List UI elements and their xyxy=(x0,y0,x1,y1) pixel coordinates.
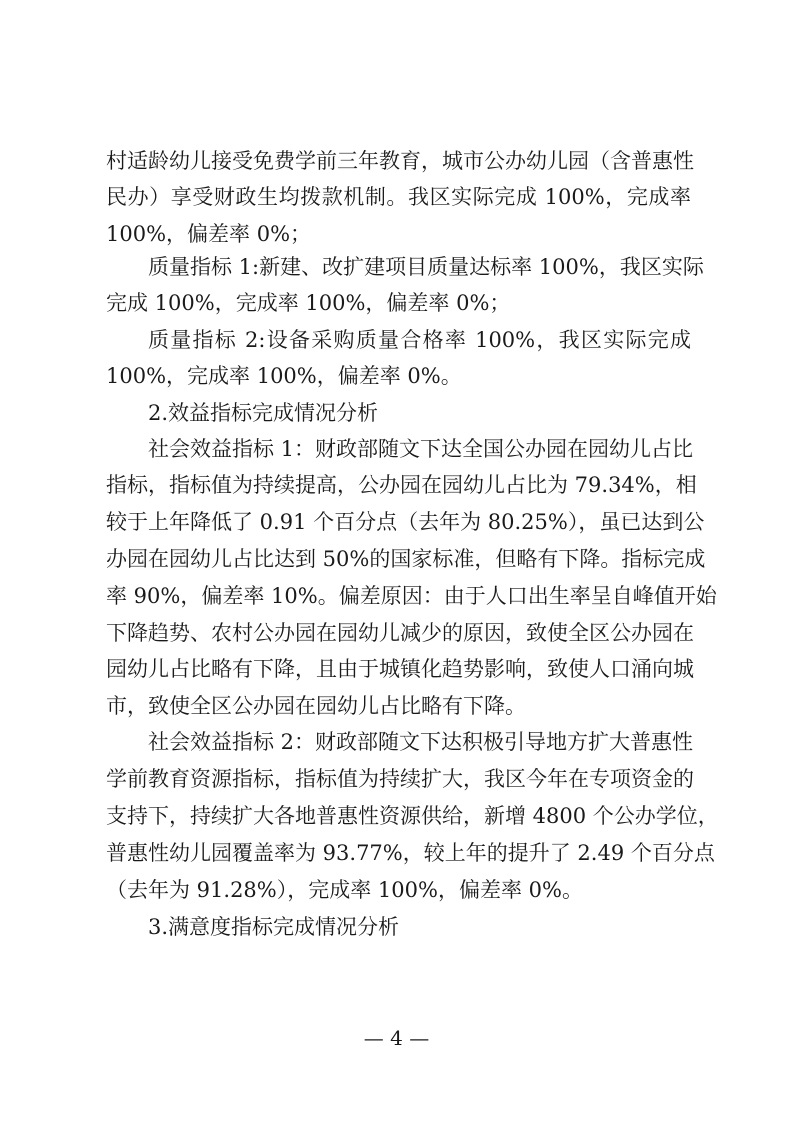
text-line: 下降趋势、农村公办园在园幼儿减少的原因，致使全区公办园在 xyxy=(106,618,691,648)
text-line: 指标，指标值为持续提高，公办园在园幼儿占比为 79.34%，相 xyxy=(106,470,691,500)
document-page: 村适龄幼儿接受免费学前三年教育，城市公办幼儿园（含普惠性 民办）享受财政生均拨款… xyxy=(0,0,793,1121)
text-line: 民办）享受财政生均拨款机制。我区实际完成 100%，完成率 xyxy=(106,182,691,212)
text-line: 社会效益指标 1：财政部随文下达全国公办园在园幼儿占比 xyxy=(148,434,691,464)
text-line: 较于上年降低了 0.91 个百分点（去年为 80.25%），虽已达到公 xyxy=(106,507,691,537)
section-heading: 2.效益指标完成情况分析 xyxy=(148,398,691,428)
text-line: 园幼儿占比略有下降，且由于城镇化趋势影响，致使人口涌向城 xyxy=(106,654,691,684)
text-line: 100%，偏差率 0%； xyxy=(106,219,691,249)
text-line: 村适龄幼儿接受免费学前三年教育，城市公办幼儿园（含普惠性 xyxy=(106,146,691,176)
text-line: 社会效益指标 2：财政部随文下达积极引导地方扩大普惠性 xyxy=(148,727,691,757)
text-line: 支持下，持续扩大各地普惠性资源供给，新增 4800 个公办学位， xyxy=(106,801,691,831)
text-line: （去年为 91.28%），完成率 100%，偏差率 0%。 xyxy=(106,875,691,905)
page-number: — 4 — xyxy=(0,1023,793,1053)
text-line: 市，致使全区公办园在园幼儿占比略有下降。 xyxy=(106,691,691,721)
text-line: 学前教育资源指标，指标值为持续扩大，我区今年在专项资金的 xyxy=(106,764,691,794)
text-line: 普惠性幼儿园覆盖率为 93.77%，较上年的提升了 2.49 个百分点 xyxy=(106,838,691,868)
text-line: 完成 100%，完成率 100%，偏差率 0%； xyxy=(106,288,691,318)
section-heading: 3.满意度指标完成情况分析 xyxy=(148,912,691,942)
text-line: 100%，完成率 100%，偏差率 0%。 xyxy=(106,361,691,391)
text-line: 质量指标 1:新建、改扩建项目质量达标率 100%，我区实际 xyxy=(148,252,691,282)
text-line: 率 90%，偏差率 10%。偏差原因：由于人口出生率呈自峰值开始 xyxy=(106,581,691,611)
text-line: 办园在园幼儿占比达到 50%的国家标准，但略有下降。指标完成 xyxy=(106,544,691,574)
text-line: 质量指标 2:设备采购质量合格率 100%，我区实际完成 xyxy=(148,325,691,355)
